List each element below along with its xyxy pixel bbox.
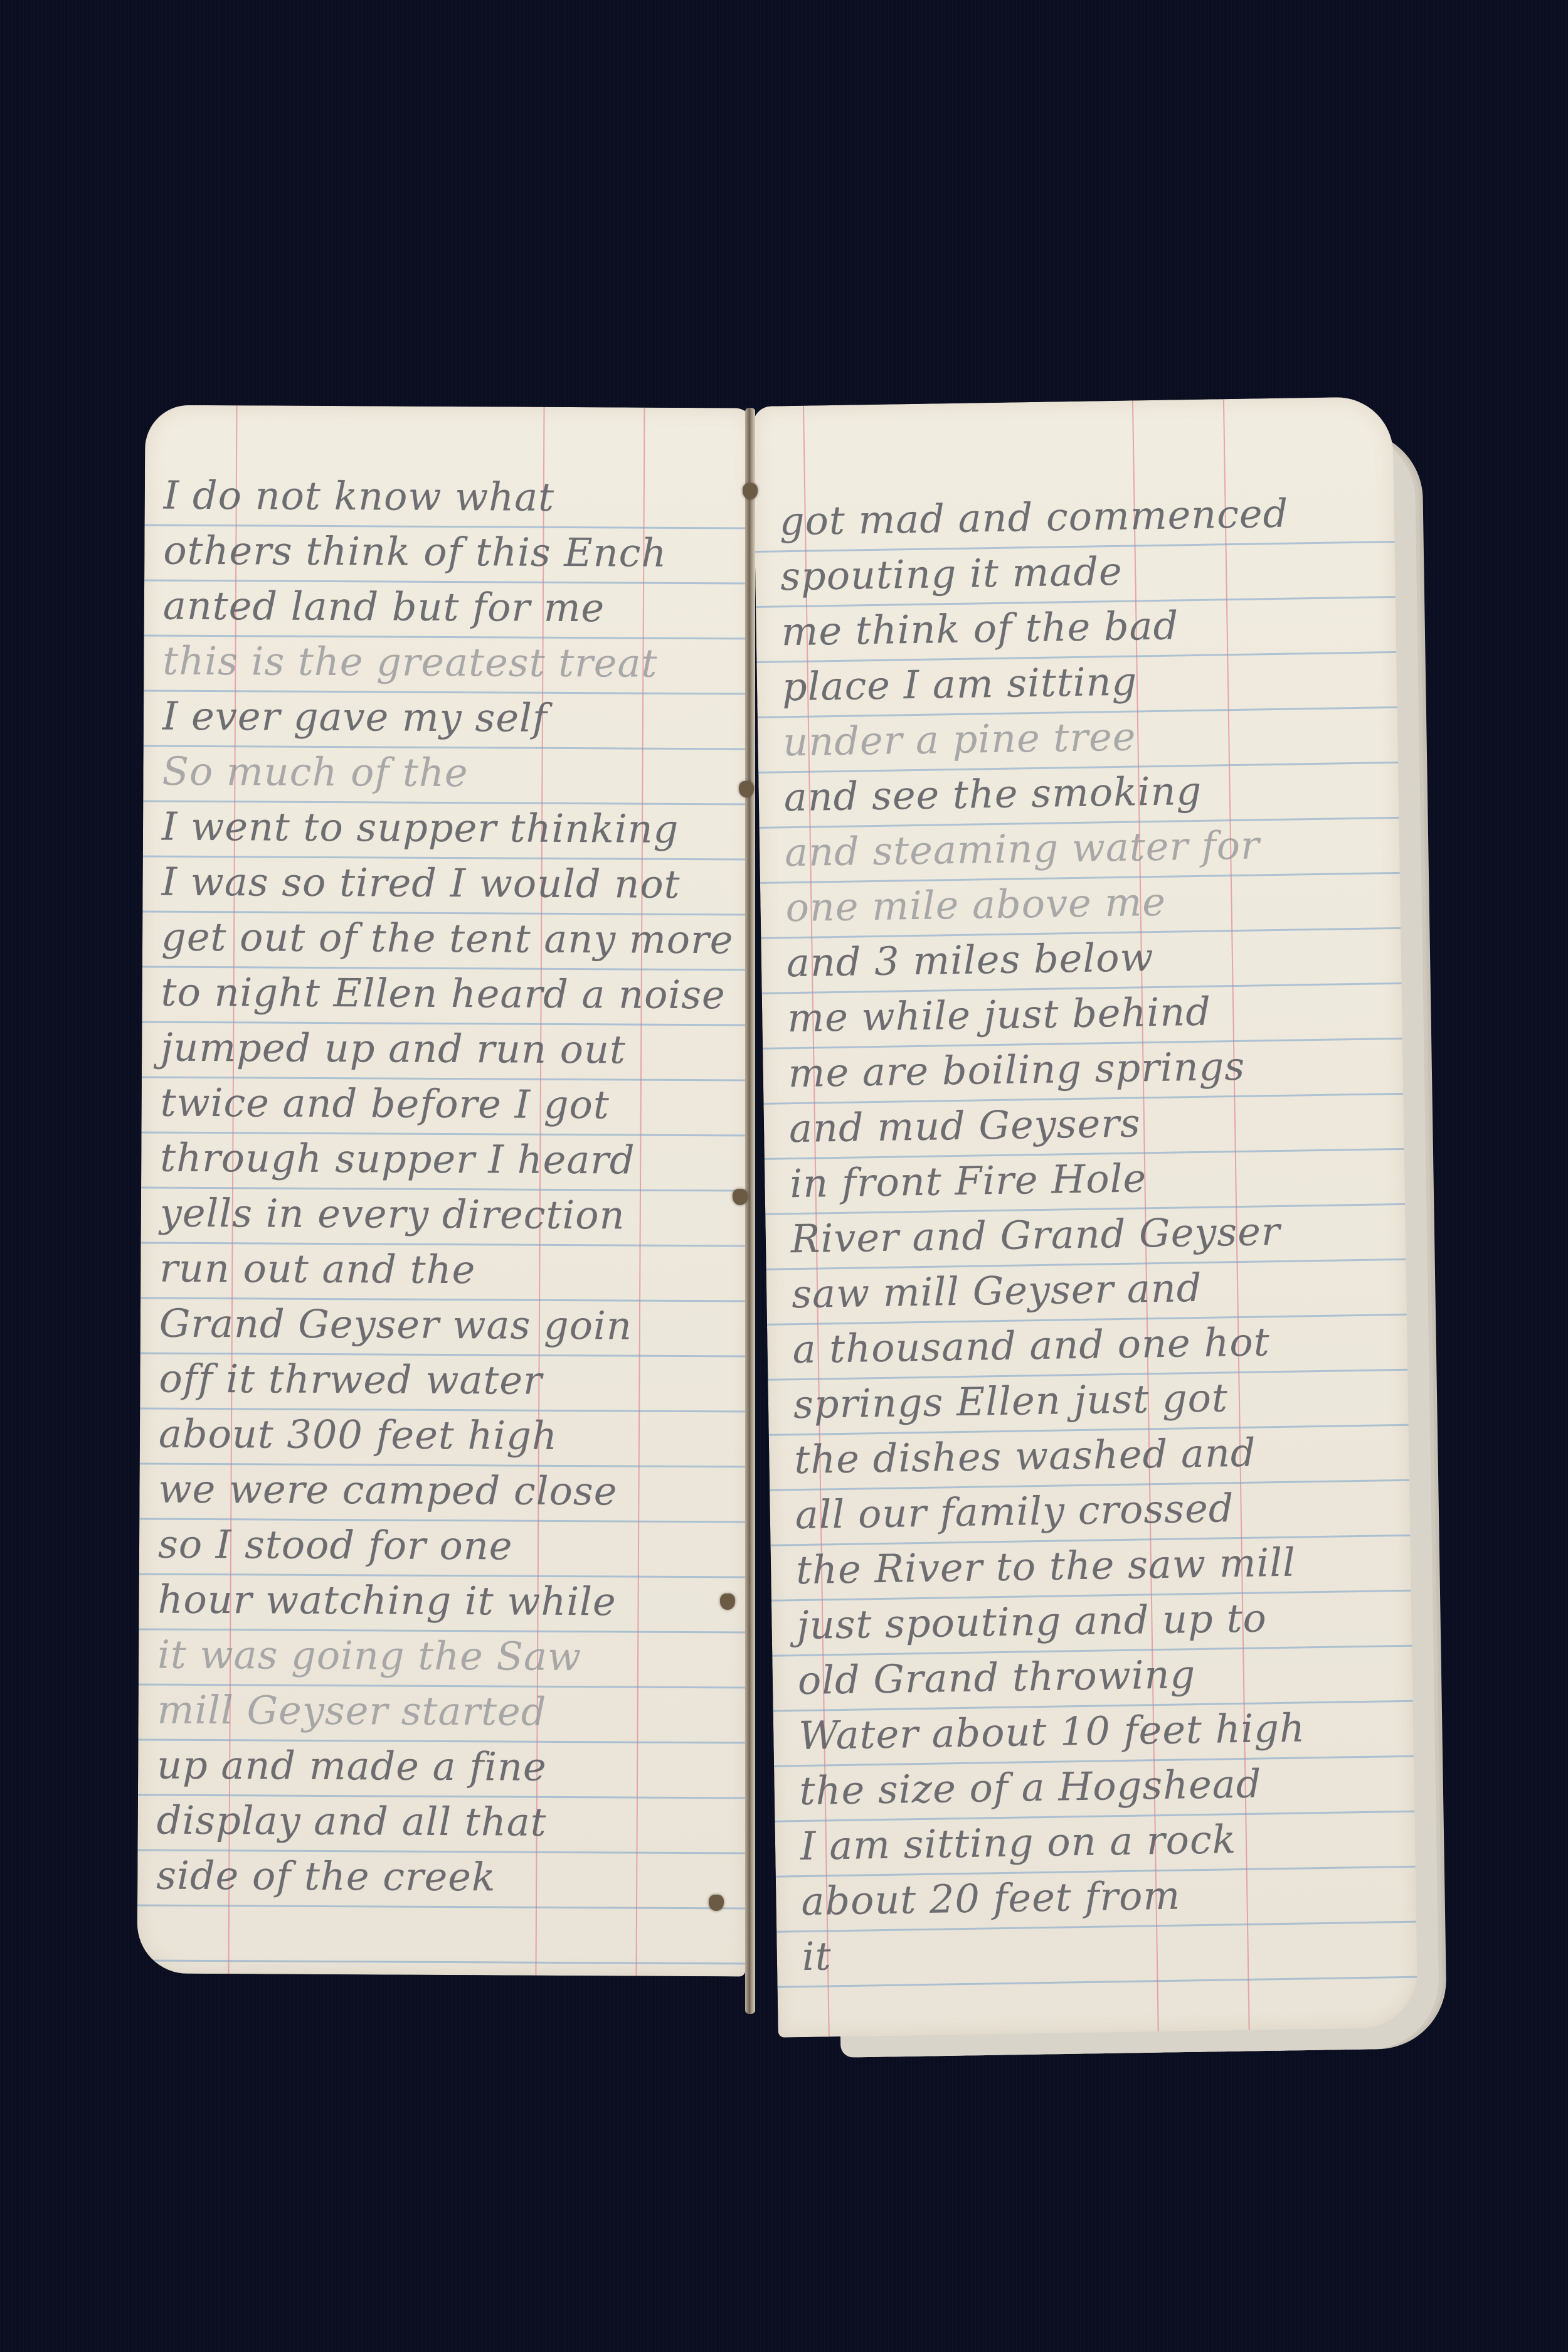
binding-staple (720, 1594, 735, 1610)
handwritten-line: the dishes washed and (769, 1423, 1409, 1488)
right-page: got mad and commencedspouting it mademe … (753, 396, 1418, 2038)
handwritten-line: got mad and commenced (754, 484, 1394, 550)
ruled-line-blue (137, 1959, 746, 1964)
handwritten-line: Water about 10 feet high (773, 1699, 1414, 1764)
binding-staple (733, 1189, 748, 1205)
handwritten-line: so I stood for one (139, 1516, 748, 1575)
handwritten-line: through supper I heard (141, 1130, 750, 1188)
handwritten-line: to night Ellen heard a noise (142, 964, 750, 1023)
handwritten-line: under a pine tree (758, 705, 1398, 770)
handwritten-line: just spouting and up to (771, 1588, 1412, 1654)
handwritten-line: I was so tired I would not (142, 854, 751, 912)
handwritten-line: jumped up and run out (142, 1019, 750, 1078)
left-page-text: I do not know whatothers think of this E… (137, 405, 753, 1976)
handwritten-line: we were camped close (139, 1461, 748, 1519)
right-page-text: got mad and commencedspouting it mademe … (753, 396, 1418, 2038)
handwritten-line: and see the smoking (758, 760, 1399, 826)
handwritten-line: anted land but for me (144, 578, 753, 636)
handwritten-line: hour watching it while (139, 1572, 747, 1630)
handwritten-line: twice and before I got (141, 1075, 750, 1133)
handwritten-line: and mud Geysers (763, 1092, 1404, 1157)
handwritten-line: one mile above me (760, 871, 1401, 936)
handwritten-line: I ever gave my self (144, 688, 752, 747)
handwritten-line: side of the creek (137, 1848, 746, 1906)
binding-gutter (745, 408, 755, 2014)
handwritten-line: up and made a fine (138, 1737, 746, 1796)
handwritten-line: in front Fire Hole (765, 1147, 1405, 1212)
handwritten-line: a thousand and one hot (767, 1312, 1407, 1378)
handwritten-line: place I am sitting (756, 650, 1397, 715)
handwritten-line: I do not know what (145, 467, 753, 526)
binding-staple (739, 781, 754, 797)
handwritten-line: and steaming water for (759, 816, 1399, 881)
handwritten-line: off it thrwed water (140, 1351, 748, 1409)
handwritten-line: mill Geyser started (138, 1682, 746, 1740)
handwritten-line: it was going the Saw (139, 1627, 747, 1685)
handwritten-line: this is the greatest treat (144, 633, 752, 691)
handwritten-line: saw mill Geyser and (766, 1257, 1407, 1322)
handwritten-line: River and Grand Geyser (765, 1202, 1406, 1267)
handwritten-line: all our family crossed (770, 1478, 1410, 1543)
handwritten-line: springs Ellen just got (768, 1368, 1408, 1433)
handwritten-line: me are boiling springs (763, 1036, 1403, 1102)
handwritten-line: others think of this Ench (144, 523, 753, 581)
handwritten-line: me think of the bad (756, 595, 1396, 660)
handwritten-line: me while just behind (762, 981, 1402, 1046)
handwritten-line: old Grand throwing (772, 1644, 1412, 1709)
handwritten-line: I am sitting on a rock (775, 1809, 1415, 1875)
handwritten-line: I went to supper thinking (143, 799, 751, 857)
handwritten-line: and 3 miles below (761, 926, 1401, 991)
handwritten-line: Grand Geyser was goin (140, 1296, 749, 1354)
handwritten-line: the size of a Hogshead (774, 1754, 1414, 1819)
open-notebook: I do not know whatothers think of this E… (0, 0, 1568, 2352)
handwritten-line: run out and the (140, 1240, 749, 1299)
handwritten-line: So much of the (143, 743, 751, 802)
handwritten-line: it (776, 1920, 1417, 1985)
binding-staple (709, 1895, 724, 1911)
binding-staple (743, 483, 758, 499)
handwritten-line: display and all that (138, 1792, 746, 1851)
left-page: I do not know whatothers think of this E… (137, 405, 753, 1976)
handwritten-line: about 300 feet high (140, 1406, 748, 1464)
handwritten-line: the River to the saw mill (770, 1533, 1411, 1599)
handwritten-line: yells in every direction (141, 1185, 750, 1243)
handwritten-line: get out of the tent any more (142, 909, 751, 967)
handwritten-line: spouting it made (755, 540, 1396, 605)
handwritten-line: about 20 feet from (776, 1865, 1416, 1930)
